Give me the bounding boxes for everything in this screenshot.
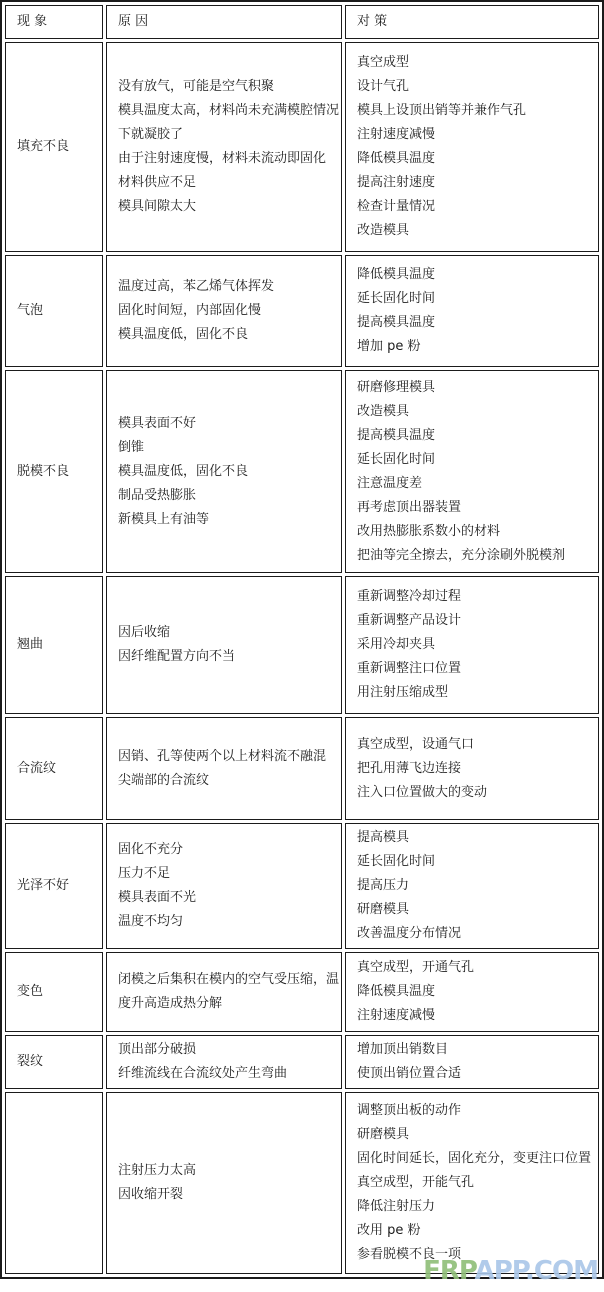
phenomenon-cell: 变色 (5, 952, 103, 1032)
solution-line: 提高压力 (357, 874, 596, 898)
solution-line: 注射速度减慢 (357, 1004, 596, 1028)
solution-line: 真空成型，设通气口 (357, 733, 596, 757)
solution-line: 用注射压缩成型 (357, 681, 596, 705)
solution-line: 设计气孔 (357, 75, 596, 99)
solution-line: 真空成型，开通气孔 (357, 956, 596, 980)
phenomenon-cell: 翘曲 (5, 576, 103, 714)
cause-line: 注射压力太高 (118, 1159, 339, 1183)
cause-line: 温度不均匀 (118, 910, 339, 934)
table-row: 裂纹顶出部分破损纤维流线在合流纹处产生弯曲增加顶出销数目使顶出销位置合适 (5, 1035, 599, 1089)
table-row: 脱模不良模具表面不好倒锥模具温度低，固化不良制品受热膨胀新模具上有油等研磨修理模… (5, 370, 599, 573)
solution-line: 提高模具温度 (357, 424, 596, 448)
solution-line: 检查计量情况 (357, 195, 596, 219)
solution-line: 把孔用薄飞边连接 (357, 757, 596, 781)
solution-line: 调整顶出板的动作 (357, 1099, 596, 1123)
cause-cell: 固化不充分压力不足模具表面不光温度不均匀 (106, 823, 342, 949)
cause-line: 顶出部分破损 (118, 1038, 339, 1062)
phenomenon-label: 填充不良 (17, 135, 100, 159)
cause-line: 制品受热膨胀 (118, 484, 339, 508)
page: 现 象原 因对 策填充不良没有放气，可能是空气积聚模具温度太高，材料尚未充满模腔… (0, 0, 604, 1292)
solution-cell: 提高模具延长固化时间提高压力研磨模具改善温度分布情况 (345, 823, 599, 949)
solution-line: 注射速度减慢 (357, 123, 596, 147)
solution-line: 重新调整注口位置 (357, 657, 596, 681)
solution-line: 参看脱模不良一项 (357, 1243, 596, 1267)
header-cell-cause: 原 因 (106, 5, 342, 39)
solution-line: 研磨修理模具 (357, 376, 596, 400)
solution-line: 改用 pe 粉 (357, 1219, 596, 1243)
solution-line: 改造模具 (357, 400, 596, 424)
header-cell-solution: 对 策 (345, 5, 599, 39)
table-row: 翘曲因后收缩因纤维配置方向不当重新调整冷却过程重新调整产品设计采用冷却夹具重新调… (5, 576, 599, 714)
solution-line: 提高模具温度 (357, 311, 596, 335)
cause-line: 新模具上有油等 (118, 508, 339, 532)
header-row: 现 象原 因对 策 (5, 5, 599, 39)
cause-cell: 注射压力太高因收缩开裂 (106, 1092, 342, 1274)
phenomenon-cell (5, 1092, 103, 1274)
solution-line: 降低模具温度 (357, 147, 596, 171)
table-row: 注射压力太高因收缩开裂调整顶出板的动作研磨模具固化时间延长，固化充分，变更注口位… (5, 1092, 599, 1274)
cause-line: 固化时间短，内部固化慢 (118, 299, 339, 323)
cause-line: 材料供应不足 (118, 171, 339, 195)
solution-line: 改造模具 (357, 219, 596, 243)
solution-line: 降低模具温度 (357, 263, 596, 287)
solution-cell: 真空成型，设通气口把孔用薄飞边连接注入口位置做大的变动 (345, 717, 599, 820)
cause-line: 模具间隙太大 (118, 195, 339, 219)
table-row: 填充不良没有放气，可能是空气积聚模具温度太高，材料尚未充满模腔情况下就凝胶了由于… (5, 42, 599, 252)
solution-line: 真空成型 (357, 51, 596, 75)
cause-cell: 模具表面不好倒锥模具温度低，固化不良制品受热膨胀新模具上有油等 (106, 370, 342, 573)
phenomenon-label: 合流纹 (17, 757, 100, 781)
cause-line: 模具温度低，固化不良 (118, 323, 339, 347)
solution-cell: 降低模具温度延长固化时间提高模具温度增加 pe 粉 (345, 255, 599, 367)
cause-line: 固化不充分 (118, 838, 339, 862)
cause-cell: 没有放气，可能是空气积聚模具温度太高，材料尚未充满模腔情况下就凝胶了由于注射速度… (106, 42, 342, 252)
defect-table: 现 象原 因对 策填充不良没有放气，可能是空气积聚模具温度太高，材料尚未充满模腔… (0, 0, 604, 1279)
cause-line: 因销、孔等使两个以上材料流不融混 (118, 745, 339, 769)
cause-line: 闭模之后集积在模内的空气受压缩，温度升高造成热分解 (118, 968, 339, 1016)
cause-line: 纤维流线在合流纹处产生弯曲 (118, 1062, 339, 1086)
cause-line: 模具表面不光 (118, 886, 339, 910)
phenomenon-cell: 裂纹 (5, 1035, 103, 1089)
solution-line: 增加顶出销数目 (357, 1038, 596, 1062)
phenomenon-cell: 光泽不好 (5, 823, 103, 949)
solution-line: 重新调整产品设计 (357, 609, 596, 633)
solution-cell: 真空成型，开通气孔降低模具温度注射速度减慢 (345, 952, 599, 1032)
solution-line: 提高模具 (357, 826, 596, 850)
solution-line: 使顶出销位置合适 (357, 1062, 596, 1086)
solution-line: 模具上设顶出销等并兼作气孔 (357, 99, 596, 123)
phenomenon-cell: 脱模不良 (5, 370, 103, 573)
phenomenon-label: 翘曲 (17, 633, 100, 657)
table-row: 合流纹因销、孔等使两个以上材料流不融混尖端部的合流纹真空成型，设通气口把孔用薄飞… (5, 717, 599, 820)
solution-line: 增加 pe 粉 (357, 335, 596, 359)
solution-line: 固化时间延长，固化充分，变更注口位置 (357, 1147, 596, 1171)
solution-line: 采用冷却夹具 (357, 633, 596, 657)
solution-line: 降低注射压力 (357, 1195, 596, 1219)
cause-cell: 闭模之后集积在模内的空气受压缩，温度升高造成热分解 (106, 952, 342, 1032)
solution-line: 降低模具温度 (357, 980, 596, 1004)
solution-cell: 调整顶出板的动作研磨模具固化时间延长，固化充分，变更注口位置真空成型，开能气孔降… (345, 1092, 599, 1274)
phenomenon-cell: 气泡 (5, 255, 103, 367)
solution-line: 真空成型，开能气孔 (357, 1171, 596, 1195)
solution-line: 改用热膨胀系数小的材料 (357, 520, 596, 544)
table-body: 现 象原 因对 策填充不良没有放气，可能是空气积聚模具温度太高，材料尚未充满模腔… (5, 5, 599, 1274)
solution-line: 改善温度分布情况 (357, 922, 596, 946)
solution-line: 把油等完全擦去，充分涂刷外脱模剂 (357, 544, 596, 568)
cause-cell: 因销、孔等使两个以上材料流不融混尖端部的合流纹 (106, 717, 342, 820)
phenomenon-cell: 合流纹 (5, 717, 103, 820)
solution-line: 延长固化时间 (357, 287, 596, 311)
solution-line: 再考虑顶出器装置 (357, 496, 596, 520)
phenomenon-label: 光泽不好 (17, 874, 100, 898)
header-cell-phenomenon: 现 象 (5, 5, 103, 39)
phenomenon-label: 变色 (17, 980, 100, 1004)
cause-line: 因纤维配置方向不当 (118, 645, 339, 669)
phenomenon-label: 气泡 (17, 299, 100, 323)
table-row: 气泡温度过高，苯乙烯气体挥发固化时间短，内部固化慢模具温度低，固化不良降低模具温… (5, 255, 599, 367)
solution-cell: 增加顶出销数目使顶出销位置合适 (345, 1035, 599, 1089)
solution-cell: 研磨修理模具改造模具提高模具温度延长固化时间注意温度差再考虑顶出器装置改用热膨胀… (345, 370, 599, 573)
cause-line: 模具温度低，固化不良 (118, 460, 339, 484)
solution-line: 延长固化时间 (357, 448, 596, 472)
cause-line: 没有放气，可能是空气积聚 (118, 75, 339, 99)
cause-line: 压力不足 (118, 862, 339, 886)
cause-cell: 因后收缩因纤维配置方向不当 (106, 576, 342, 714)
solution-line: 注入口位置做大的变动 (357, 781, 596, 805)
cause-line: 模具表面不好 (118, 412, 339, 436)
cause-line: 尖端部的合流纹 (118, 769, 339, 793)
cause-line: 模具温度太高，材料尚未充满模腔情况下就凝胶了 (118, 99, 339, 147)
cause-cell: 温度过高，苯乙烯气体挥发固化时间短，内部固化慢模具温度低，固化不良 (106, 255, 342, 367)
solution-cell: 重新调整冷却过程重新调整产品设计采用冷却夹具重新调整注口位置用注射压缩成型 (345, 576, 599, 714)
solution-line: 注意温度差 (357, 472, 596, 496)
solution-line: 研磨模具 (357, 1123, 596, 1147)
solution-line: 延长固化时间 (357, 850, 596, 874)
table-row: 变色闭模之后集积在模内的空气受压缩，温度升高造成热分解真空成型，开通气孔降低模具… (5, 952, 599, 1032)
solution-line: 研磨模具 (357, 898, 596, 922)
phenomenon-label: 裂纹 (17, 1050, 100, 1074)
cause-line: 温度过高，苯乙烯气体挥发 (118, 275, 339, 299)
solution-cell: 真空成型设计气孔模具上设顶出销等并兼作气孔注射速度减慢降低模具温度提高注射速度检… (345, 42, 599, 252)
phenomenon-cell: 填充不良 (5, 42, 103, 252)
cause-line: 倒锥 (118, 436, 339, 460)
phenomenon-label: 脱模不良 (17, 460, 100, 484)
table-row: 光泽不好固化不充分压力不足模具表面不光温度不均匀提高模具延长固化时间提高压力研磨… (5, 823, 599, 949)
solution-line: 提高注射速度 (357, 171, 596, 195)
solution-line: 重新调整冷却过程 (357, 585, 596, 609)
cause-line: 由于注射速度慢，材料未流动即固化 (118, 147, 339, 171)
cause-line: 因收缩开裂 (118, 1183, 339, 1207)
cause-cell: 顶出部分破损纤维流线在合流纹处产生弯曲 (106, 1035, 342, 1089)
cause-line: 因后收缩 (118, 621, 339, 645)
